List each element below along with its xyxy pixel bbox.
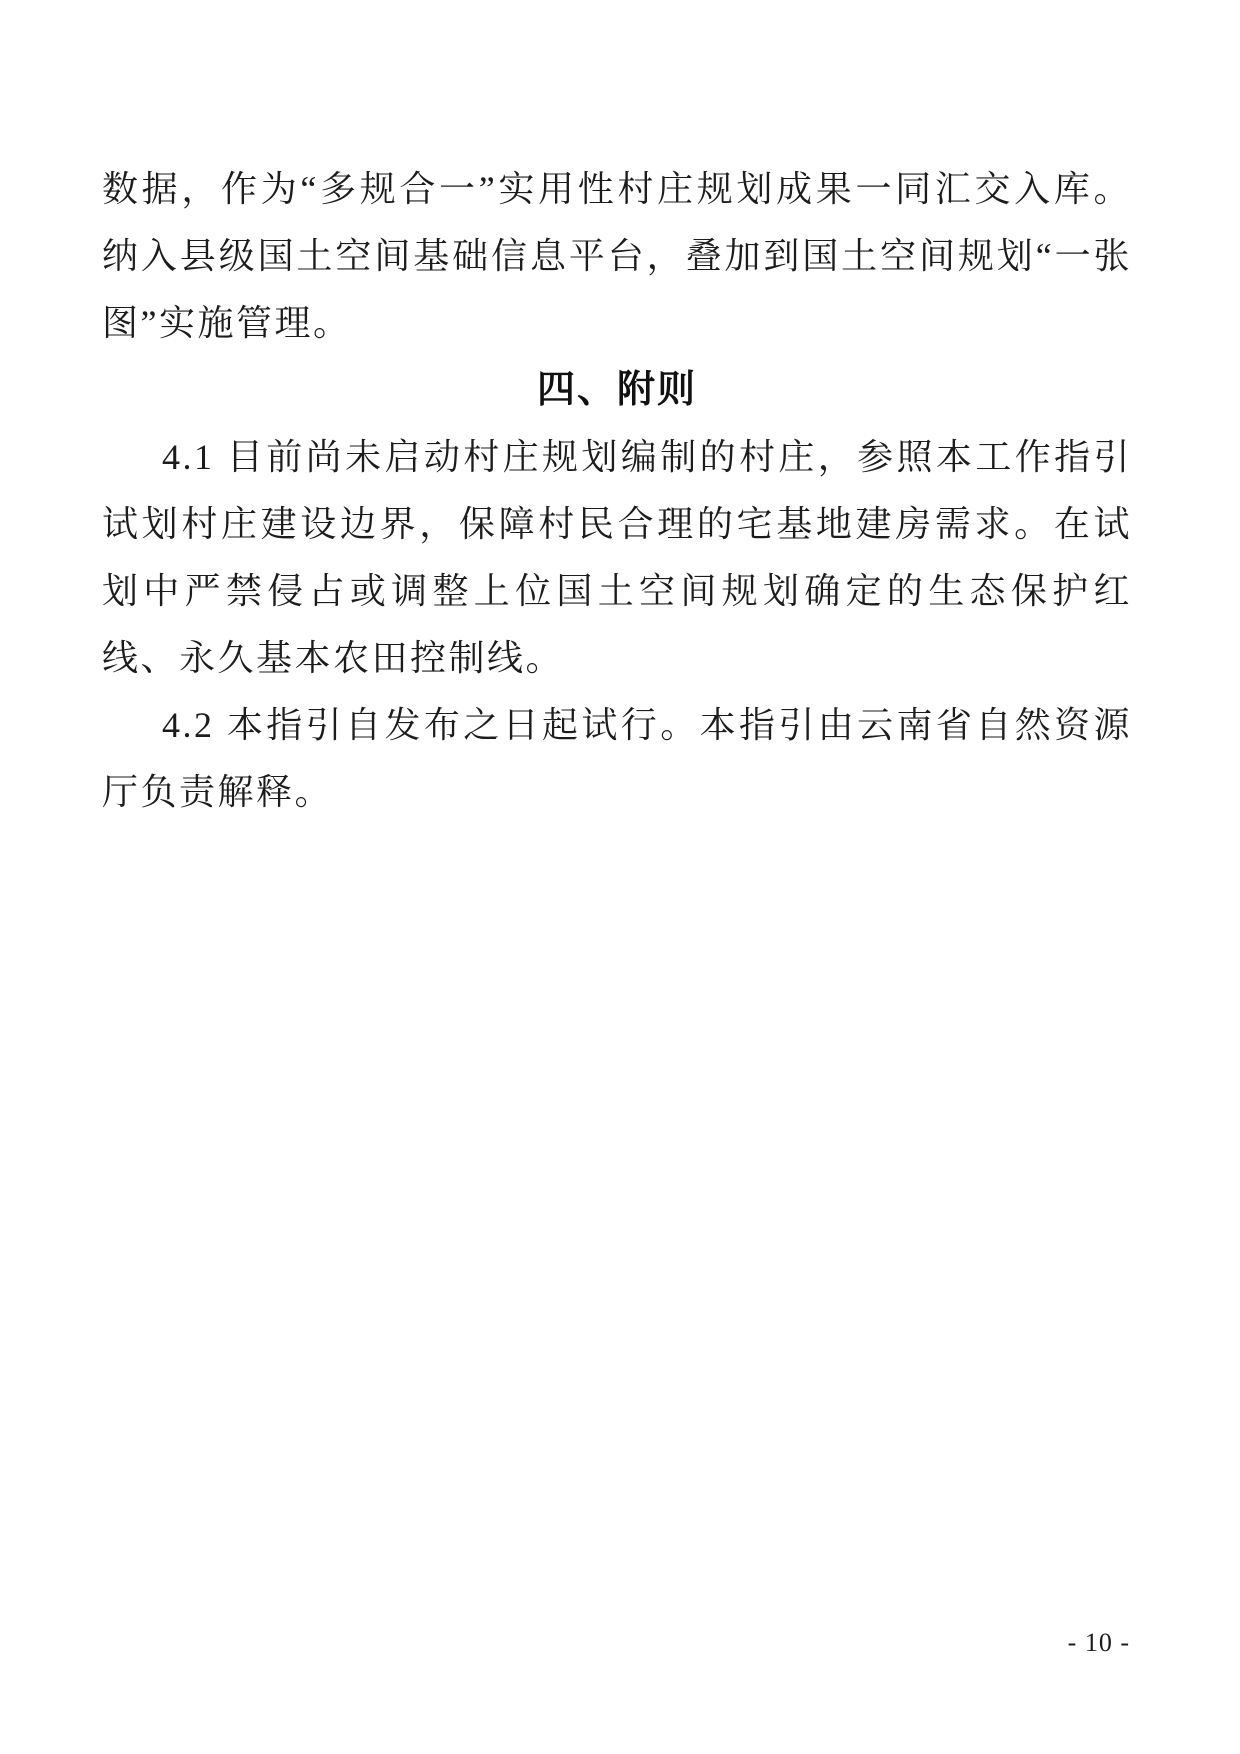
section-heading-fuze: 四、附则 <box>102 357 1132 424</box>
paragraph-4-1: 4.1 目前尚未启动村庄规划编制的村庄，参照本工作指引试划村庄建设边界，保障村民… <box>102 424 1132 692</box>
page-number: - 10 - <box>1068 1628 1130 1658</box>
document-page: 数据，作为“多规合一”实用性村庄规划成果一同汇交入库。纳入县级国土空间基础信息平… <box>0 0 1240 1754</box>
document-body: 数据，作为“多规合一”实用性村庄规划成果一同汇交入库。纳入县级国土空间基础信息平… <box>102 156 1132 826</box>
paragraph-4-2: 4.2 本指引自发布之日起试行。本指引由云南省自然资源厅负责解释。 <box>102 692 1132 826</box>
paragraph-continuation: 数据，作为“多规合一”实用性村庄规划成果一同汇交入库。纳入县级国土空间基础信息平… <box>102 156 1132 357</box>
